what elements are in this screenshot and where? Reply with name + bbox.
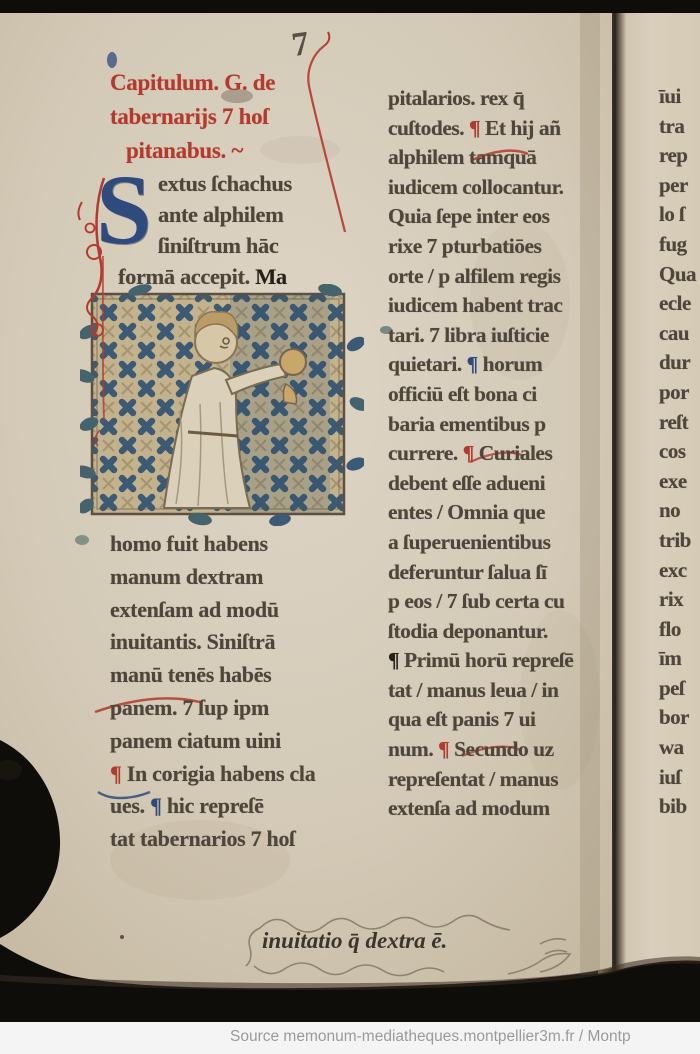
text-line: Capitulum. G. de bbox=[110, 66, 275, 100]
text-line: officiū eſt bona ci bbox=[388, 380, 573, 410]
text-line: debent eſſe adueni bbox=[388, 469, 573, 499]
text-line: iudicem habent trac bbox=[388, 291, 573, 321]
text-line: ¶ In corigia habens cla bbox=[110, 758, 315, 791]
text-line: panem. 7 ſup ipm bbox=[110, 692, 315, 725]
text-line: rix bbox=[659, 585, 696, 615]
text-line: qua eſt panis 7 ui bbox=[388, 705, 573, 735]
text-line: Qua bbox=[659, 260, 696, 290]
text-line: lo ſ bbox=[659, 200, 696, 230]
text-line: trib bbox=[659, 526, 696, 556]
next-page-text-fragments: īuitrarepperlo ſfugQuaeclecaudurporreſtc… bbox=[659, 82, 696, 822]
text-line: iuſ bbox=[659, 763, 696, 793]
text-line: manum dextram bbox=[110, 561, 315, 594]
text-line: īui bbox=[659, 82, 696, 112]
text-line: por bbox=[659, 378, 696, 408]
text-line: reſt bbox=[659, 408, 696, 438]
text-line: tari. 7 libra iuſticie bbox=[388, 321, 573, 351]
text-line: tra bbox=[659, 112, 696, 142]
text-line: quietari. ¶ horum bbox=[388, 350, 573, 380]
text-line: ¶ Primū horū repreſē bbox=[388, 646, 573, 676]
text-line: iudicem collocantur. bbox=[388, 173, 573, 203]
digitized-manuscript-viewer: { "attribution": { "source_text": "Sourc… bbox=[0, 0, 700, 1054]
text-line: p eos / 7 ſub certa cu bbox=[388, 587, 573, 617]
figure-head bbox=[195, 321, 237, 363]
tavern-keeper-figure bbox=[164, 312, 306, 508]
text-line: ſtodia deponantur. bbox=[388, 617, 573, 647]
text-line: extenſa ad modum bbox=[388, 794, 573, 824]
text-line: homo fuit habens bbox=[110, 528, 315, 561]
text-line: flo bbox=[659, 615, 696, 645]
text-line: ante alphilem bbox=[158, 199, 292, 230]
text-line: Quia ſepe inter eos bbox=[388, 202, 573, 232]
text-line: cos bbox=[659, 437, 696, 467]
text-line: no bbox=[659, 496, 696, 526]
miniature-illustration bbox=[80, 284, 364, 526]
text-column-right: pitalarios. rex q̄cuſtodes. ¶ Et hij aña… bbox=[388, 84, 573, 824]
text-line: currere. ¶ Curiales bbox=[388, 439, 573, 469]
held-loaf bbox=[280, 349, 306, 375]
text-line: extenſam ad modū bbox=[110, 594, 315, 627]
text-line: entes / Omnia que bbox=[388, 498, 573, 528]
text-line: wa bbox=[659, 733, 696, 763]
text-line: repreſentat / manus bbox=[388, 765, 573, 795]
text-line: īm bbox=[659, 644, 696, 674]
illuminated-initial: S bbox=[96, 160, 152, 260]
text-line: a ſuperuenientibus bbox=[388, 528, 573, 558]
text-line: rixe 7 pturbatiōes bbox=[388, 232, 573, 262]
text-line: alphilem tamquā bbox=[388, 143, 573, 173]
text-line: fug bbox=[659, 230, 696, 260]
text-line: panem ciatum uini bbox=[110, 725, 315, 758]
figure-hair bbox=[195, 312, 238, 338]
text-line: peſ bbox=[659, 674, 696, 704]
text-line: exe bbox=[659, 467, 696, 497]
text-line: tabernarijs 7 hoſ bbox=[110, 100, 275, 134]
text-line: ſiniſtrum hāc bbox=[158, 230, 292, 261]
text-line: bor bbox=[659, 703, 696, 733]
foliate-decoration bbox=[80, 284, 364, 526]
chapter-rubric: Capitulum. G. detabernarijs 7 hoſpitanab… bbox=[110, 66, 275, 168]
checkered-ground bbox=[92, 294, 344, 514]
text-line: pitalarios. rex q̄ bbox=[388, 84, 573, 114]
text-line: dur bbox=[659, 348, 696, 378]
opening-lines: extus ſchachusante alphilemſiniſtrum hāc… bbox=[158, 168, 292, 292]
text-column-left: homo fuit habensmanum dextramextenſam ad… bbox=[110, 528, 315, 856]
text-line: ecle bbox=[659, 289, 696, 319]
text-line: baria ementibus p bbox=[388, 410, 573, 440]
text-line: orte / p alfilem regis bbox=[388, 262, 573, 292]
text-line: extus ſchachus bbox=[158, 168, 292, 199]
text-line: per bbox=[659, 171, 696, 201]
text-line: exc bbox=[659, 556, 696, 586]
text-line: formā accepit. Ma bbox=[118, 261, 292, 292]
text-line: tat tabernarios 7 hoſ bbox=[110, 823, 315, 856]
miniature-frame bbox=[92, 294, 344, 514]
text-line: cuſtodes. ¶ Et hij añ bbox=[388, 114, 573, 144]
text-line: inuitantis. Siniſtrā bbox=[110, 626, 315, 659]
text-line: ues. ¶ hic repreſē bbox=[110, 790, 315, 823]
text-line: bib bbox=[659, 792, 696, 822]
page-gutter bbox=[598, 13, 626, 975]
held-cup bbox=[283, 384, 296, 404]
text-line: tat / manus leua / in bbox=[388, 676, 573, 706]
text-line: manū tenēs habēs bbox=[110, 659, 315, 692]
text-line: rep bbox=[659, 141, 696, 171]
pen-trial-mark: 7 bbox=[289, 25, 311, 65]
source-attribution: Source memonum-mediatheques.montpellier3… bbox=[230, 1028, 631, 1046]
catchword-text: inuitatio q̄ dextra ē. bbox=[262, 928, 447, 954]
text-line: deferuntur ſalua ſī bbox=[388, 558, 573, 588]
text-line: num. ¶ Secundo uz bbox=[388, 735, 573, 765]
attribution-bar: Source memonum-mediatheques.montpellier3… bbox=[0, 1022, 700, 1054]
text-line: cau bbox=[659, 319, 696, 349]
